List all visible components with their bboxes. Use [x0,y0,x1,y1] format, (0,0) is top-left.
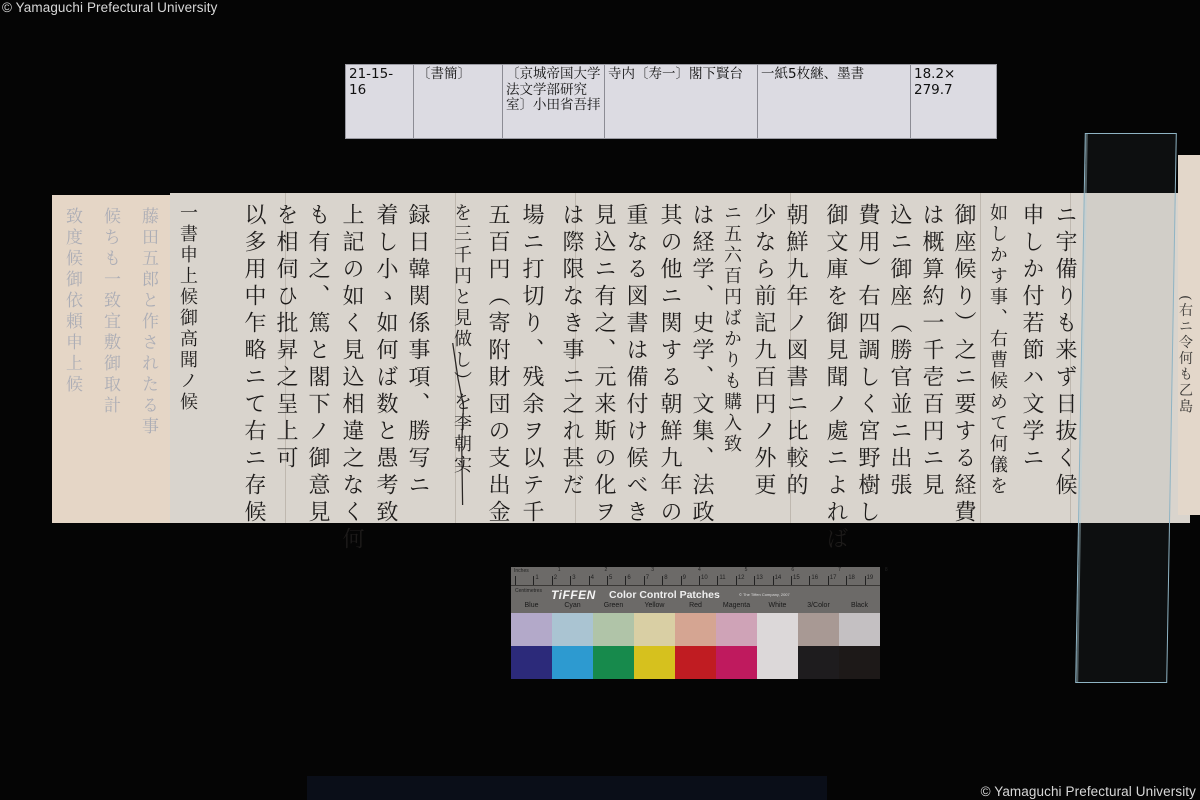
ruler-inches-label: Inches [514,568,529,574]
letter-column: 申しか付若節ハ文学ニ [1020,203,1042,473]
ruler-tick [791,576,792,585]
tiffen-logo: TiFFEN [551,588,596,602]
letter-column: 重なる図書は備付け候べき [624,203,646,527]
patch-yellow-dark [634,646,675,679]
ruler-cm-number: 5 [609,575,612,581]
letter-column: 見込ニ有之、元来斯の化ヲ [592,203,614,527]
ruler-inch-number: 1 [558,567,561,573]
patch-label: Yellow [634,602,675,613]
ruler-tick [754,576,755,585]
letter-column: は経学、史学、文集、法政 [690,203,712,527]
ruler-cm-number: 13 [756,575,763,581]
ruler-tick [699,576,700,585]
ruler-cm-number: 15 [793,575,800,581]
patch-cyan-dark [552,646,593,679]
patch-labels: Blue Cyan Green Yellow Red Magenta White… [511,602,880,613]
ruler-cm-number: 12 [738,575,745,581]
chart-brand-row: TiFFEN Color Control Patches © The Tiffe… [511,588,880,602]
patch-magenta-light [716,613,757,646]
ruler-cm-number: 16 [811,575,818,581]
catalog-type: 〔書簡〕 [414,65,503,138]
patch-green-light [593,613,634,646]
chart-copyright: © The Tiffen Company, 2007 [739,592,790,597]
ruler-tick [828,576,829,585]
color-control-chart: Inches 123456789101112131415161718191234… [511,567,880,679]
letter-column: を三千円と見做し）を李朝实 [452,203,470,476]
ruler-tick [644,576,645,585]
ghost-column: 藤田五郎と作されたる事 [136,207,161,438]
catalog-recipient: 寺内〔寿一〕閣下賢台 [605,65,758,138]
ruler-inch-number: 8 [885,567,888,573]
catalog-format: 一紙5枚継、墨書 [758,65,911,138]
letter-column: を相伺ひ批昇之呈上可 [274,203,296,473]
ruler-cm-number: 8 [664,575,667,581]
letter-back-leaf: 藤田五郎と作されたる事 候ちも一致宜敷御取計 致度候御依頼申上候 [52,195,170,523]
letter-column: 録日韓関係事項、勝写ニ [406,203,428,500]
patch-white-light [757,613,798,679]
letter-paper: ニ宇備りも来ず日抜く候 申しか付若節ハ文学ニ 如しかす事、右曹候めて何儀を 御座… [170,193,1190,523]
ruler-cm-number: 17 [830,575,837,581]
letter-column: 五百円（寄附財団の支出金 [486,203,508,527]
measurement-ruler: Inches 123456789101112131415161718191234… [511,567,880,586]
patch-blue-dark [511,646,552,679]
catalog-number: 21-15- 16 [346,65,414,138]
patch-yellow-light [634,613,675,646]
ruler-inch-number: 3 [651,567,654,573]
patch-blue-light [511,613,552,646]
ruler-tick [736,576,737,585]
letter-column: 少なら前記九百円ノ外更 [752,203,774,500]
letter-column: 一書申上候御高聞ノ候 [178,203,196,413]
patch-red-dark [675,646,716,679]
patch-3-color-light [798,613,839,646]
ruler-tick [717,576,718,585]
ruler-tick [515,576,516,585]
ruler-cm-number: 6 [627,575,630,581]
ruler-tick [846,576,847,585]
patch-cyan-light [552,613,593,646]
letter-column: 込ニ御座（勝官並ニ出張 [888,203,910,500]
letter-next-leaf: (右ニ令何も乙島 [1178,155,1200,515]
ruler-cm-number: 3 [572,575,575,581]
ruler-tick [809,576,810,585]
ruler-inch-number: 2 [604,567,607,573]
paper-fold [980,193,981,523]
copyright-watermark-bottom: © Yamaguchi Prefectural University [981,784,1196,799]
patch-label: White [757,602,798,613]
ruler-tick [681,576,682,585]
copyright-watermark-top: © Yamaguchi Prefectural University [2,0,217,15]
catalog-size: 18.2× 279.7 [911,65,996,138]
ruler-cm-number: 4 [591,575,594,581]
patch-label: Magenta [716,602,757,613]
ruler-inch-number: 7 [838,567,841,573]
ruler-cm-number: 11 [719,575,725,581]
letter-column: ニ宇備りも来ず日抜く候 [1053,203,1075,500]
letter-column: 場ニ打切り、残余ヲ以テ千 [520,203,542,527]
letter-column: ニ五六百円ばかりも購入致 [722,203,740,455]
ruler-tick [607,576,608,585]
ruler-tick [533,576,534,585]
patch-label: Blue [511,602,552,613]
ruler-cm-number: 18 [848,575,855,581]
ruler-tick [773,576,774,585]
right-edge-text: (右ニ令何も乙島 [1178,295,1192,414]
ruler-cm-number: 1 [535,575,538,581]
ruler-cm-number: 14 [775,575,782,581]
letter-column: 着し小ゝ如何ば数と愚考致 [374,203,396,527]
letter-column: 御文庫を御見聞ノ處ニよれば [824,203,846,554]
patch-label: Black [839,602,880,613]
chart-title: Color Control Patches [609,589,720,601]
ruler-inch-number: 5 [745,567,748,573]
catalog-label: 21-15- 16 〔書簡〕 〔京城帝国大学法文学部研究室〕小田省吾拝 寺内〔寿… [345,64,997,139]
ruler-tick [570,576,571,585]
letter-column: は際限なき事ニ之れ甚だ [560,203,582,500]
patch-black-dark [839,646,880,679]
ruler-tick [552,576,553,585]
letter-column: 朝鮮九年ノ図書ニ比較的 [784,203,806,500]
letter-column: 如しかす事、右曹候めて何儀を [988,203,1006,497]
patch-3-color-dark [798,646,839,679]
letter-column: は概算約一千壱百円ニ見 [920,203,942,500]
catalog-sender: 〔京城帝国大学法文学部研究室〕小田省吾拝 [503,65,605,138]
ruler-inch-number: 6 [791,567,794,573]
letter-column: 其の他ニ関する朝鮮九年の [658,203,680,527]
patch-red-light [675,613,716,646]
dark-blue-board [307,776,827,800]
ruler-tick [865,576,866,585]
letter-column: も有之、篤と閣下ノ御意見 [306,203,328,527]
patch-label: Red [675,602,716,613]
patch-label: 3/Color [798,602,839,613]
ruler-cm-number: 10 [701,575,708,581]
ruler-cm-number: 19 [867,575,874,581]
color-patches [511,613,880,679]
patch-green-dark [593,646,634,679]
ghost-column: 致度候御依頼申上候 [60,207,85,396]
ruler-cm-number: 2 [554,575,557,581]
ruler-inch-number: 4 [698,567,701,573]
patch-label: Cyan [552,602,593,613]
ruler-tick [589,576,590,585]
patch-black-light [839,613,880,646]
ghost-column: 候ちも一致宜敷御取計 [98,207,123,417]
patch-magenta-dark [716,646,757,679]
letter-column: 以多用中乍略ニて右ニ存候 [242,203,264,527]
patch-label: Green [593,602,634,613]
letter-column: 費用）右四調しく宮野樹し [856,203,878,527]
letter-column: 御座候り）之ニ要する経費 [952,203,974,527]
ruler-tick [662,576,663,585]
glass-weight [1075,133,1177,683]
ruler-cm-number: 9 [683,575,686,581]
ruler-tick [625,576,626,585]
ruler-cm-number: 7 [646,575,649,581]
letter-column: 上記の如く見込相違之なく何 [340,203,362,554]
